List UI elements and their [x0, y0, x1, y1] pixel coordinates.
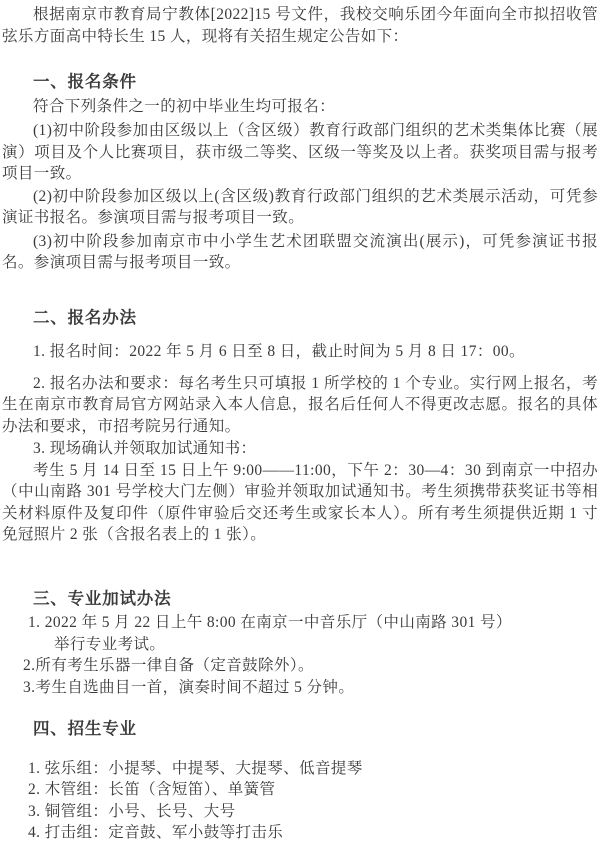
section-2-confirmation-paragraph: 考生 5 月 14 日至 15 日上午 9:00——11:00，下午 2：30—…: [2, 460, 598, 546]
section-2-item-2: 2. 报名办法和要求：每名考生只可填报 1 所学校的 1 个专业。实行网上报名，…: [2, 373, 598, 438]
section-2-item-1: 1. 报名时间：2022 年 5 月 6 日至 8 日，截止时间为 5 月 8 …: [2, 341, 598, 363]
section-1-heading: 一、报名条件: [33, 71, 598, 93]
section-4-group-brass: 3. 铜管组：小号、长号、大号: [28, 801, 598, 823]
section-4-heading: 四、招生专业: [33, 718, 598, 740]
document-page: 根据南京市教育局宁教体[2022]15 号文件，我校交响乐团今年面向全市拟招收管…: [0, 0, 600, 849]
section-1-condition-3: (3)初中阶段参加南京市中小学生艺术团联盟交流演出(展示)，可凭参演证书报名。参…: [2, 231, 598, 274]
section-3-item-1-line-2: 举行专业考试。: [54, 634, 598, 656]
section-3-heading: 三、专业加试办法: [33, 588, 598, 610]
section-3-item-2: 2.所有考生乐器一律自备（定音鼓除外）。: [23, 655, 598, 677]
section-4-group-strings: 1. 弦乐组：小提琴、中提琴、大提琴、低音提琴: [28, 758, 598, 780]
section-3-item-1-line-1: 1. 2022 年 5 月 22 日上午 8:00 在南京一中音乐厅（中山南路 …: [28, 612, 598, 634]
section-4-group-woodwind: 2. 木管组：长笛（含短笛）、单簧管: [28, 779, 598, 801]
section-1-paragraph-eligibility: 符合下列条件之一的初中毕业生均可报名：: [2, 96, 598, 118]
section-3-item-3: 3.考生自选曲目一首，演奏时间不超过 5 分钟。: [23, 677, 598, 699]
section-2-item-3: 3. 现场确认并领取加试通知书：: [2, 438, 598, 460]
section-1-condition-1: (1)初中阶段参加由区级以上（含区级）教育行政部门组织的艺术类集体比赛（展演）项…: [2, 120, 598, 185]
section-4-group-percussion: 4. 打击组：定音鼓、军小鼓等打击乐: [28, 822, 598, 844]
section-1-condition-2: (2)初中阶段参加区级以上(含区级)教育行政部门组织的艺术类展示活动，可凭参演证…: [2, 186, 598, 229]
section-2-heading: 二、报名办法: [33, 307, 598, 329]
intro-paragraph: 根据南京市教育局宁教体[2022]15 号文件，我校交响乐团今年面向全市拟招收管…: [2, 4, 598, 47]
